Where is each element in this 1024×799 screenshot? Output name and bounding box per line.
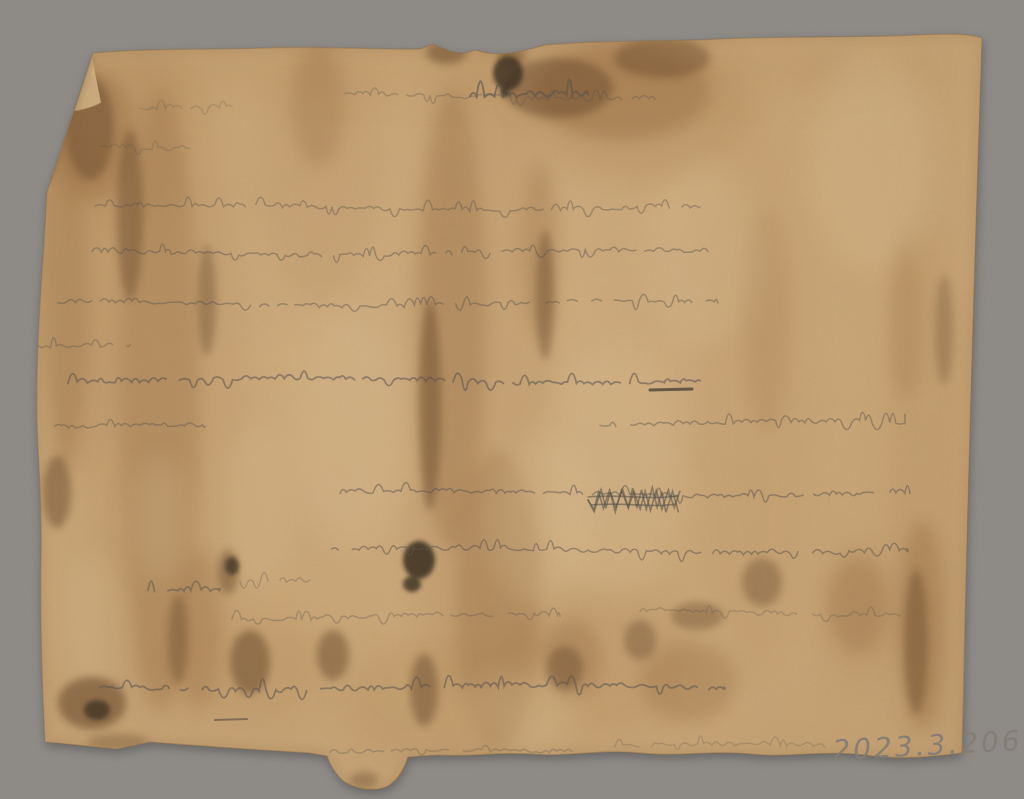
document-photo: 2023.3.206 xyxy=(0,0,1024,799)
paper-grain xyxy=(0,0,1024,799)
museum-scan-backdrop: 2023.3.206 xyxy=(0,0,1024,799)
